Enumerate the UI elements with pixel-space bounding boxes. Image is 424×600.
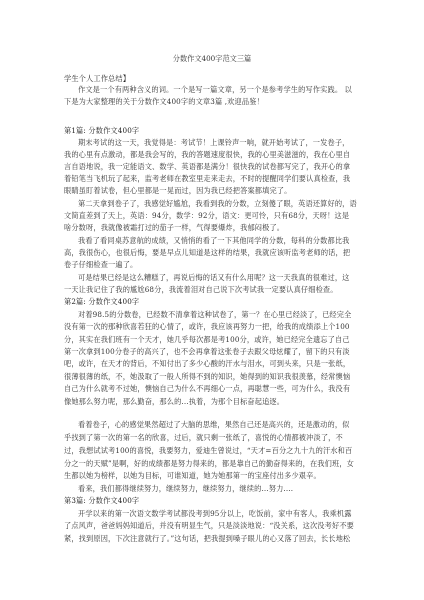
- paragraph-line: 着铅笔当飞机玩了起来，监考老师在教室里走来走去，不时的提醒同学们要认真检查，我: [64, 174, 350, 183]
- paragraph-line: 看着卷子，心的感觉果然超过了大脑的思维，果然自己还是高兴的，还是激动的，似: [78, 420, 350, 429]
- section-heading-3: 第3篇: 分数作文400字: [64, 496, 139, 505]
- paragraph-line: 自己为什么就考不过她，懊恼自己为什么不再细心一点，再聪慧一些，可为什么，我没有: [64, 384, 350, 393]
- paragraph-line: 言自语地说，我一定能语文、数学、英语都是满分！很快我的试卷都写完了，我开心的拿: [64, 162, 350, 171]
- paragraph-line: 紧，找到原因，下次注意就行了。”这句话，把我提到嗓子眼儿的心又落了回去，长长地松: [64, 534, 350, 543]
- paragraph-line: 没有第一次的那种欣喜若狂的心情了，或许，我应该再努力一把，给我的成绩添上个100: [64, 322, 350, 331]
- section-heading-2: 第2篇: 分数作文400字: [64, 297, 139, 306]
- paragraph-line: 分，其实在我们班有一个天才，她几乎每次都是考100分，或许，她已经完全遗忘了自己: [64, 335, 350, 344]
- paragraph-line: 开学以来的第一次语文数学考试都没考到95分以上，吃饭前，家中有客人，我乘机露: [78, 509, 352, 518]
- paragraph-line: 对着98.5的分数卷，已经数不清拿着这种试卷了，第一？在心里已经淡了，已经完全: [78, 310, 351, 319]
- paragraph-line: 卷子仔细检查一遍了。: [64, 260, 137, 269]
- paragraph-line: 期末考试的这一天，我觉得是：考试节！上课铃声一响，就开始考试了，一发卷子，: [78, 138, 350, 147]
- paragraph-line: 第二天拿到卷子了，我感觉好尴尬，我看到我的分数，立刻傻了眼，英语还算好的，语: [78, 199, 357, 208]
- paragraph-line: 分之一的天赋”是啊，好的成绩都是努力得来的，都是靠自己的勤奋得来的，在我们班，女: [64, 459, 354, 468]
- paragraph-line: 看来，我们都得继续努力，继续努力，继续努力，继续的...努力....: [78, 484, 293, 493]
- paragraph-line: 过，我想试试考100的喜悦，我要努力，爱迪生曾说过，“天才=百分之九十九的汗水和…: [64, 446, 352, 455]
- paragraph-line: 可是结果已经是这么糟糕了，再说后悔的话又有什么用呢？这一天我真的很难过，这: [78, 273, 350, 282]
- paragraph-line: 了点风声，爸爸妈妈知道后，并没有明显生气，只是淡淡地说：“没关系，这次没考好不要: [64, 521, 354, 530]
- document-title: 分数作文400字范文三篇: [64, 54, 360, 63]
- paragraph-line: 一天让我记住了我的尴尬68分，我流着泪对自己说下次考试我一定要认真仔细检查。: [64, 285, 338, 294]
- intro-line: 作文是一个有两种含义的词。一个是写一篇文章，另一个是参考学生的写作实践。 以: [78, 85, 352, 94]
- paragraph-line: 我的心里有点激动，都是我会写的，我的答题速度很快，我的心里美滋滋的，我在心里自: [64, 150, 350, 159]
- paragraph-line: 像她那么努力呢，那么勤奋，那么的...执着，为那个目标奋起追逐。: [64, 397, 284, 406]
- paragraph-line: 文简直差到了天上，英语：94分，数学：92分，语文：更可怜，只有68分，天呀！这…: [64, 211, 349, 220]
- intro-label: 学生个人工作总结】: [64, 74, 130, 83]
- paragraph-line: 高，我很伤心，也很后悔，要是早点儿知道是这样的结果，我就应该听监考老师的话，把: [64, 248, 350, 257]
- intro-line: 下是为大家整理的关于分数作文400字的文章3篇 ,欢迎品鉴！: [64, 97, 264, 106]
- paragraph-line: 乎找到了第一次的第一名的欣喜，过后，就只剩一张纸了，喜悦的心情都被冲淡了，不: [64, 433, 343, 442]
- paragraph-line: 我看了看同桌苏意航的成绩，又悄悄的看了一下其他同学的分数，每科的分数都比我: [78, 236, 350, 245]
- paragraph-line: 生都以她为榜样，以她为目标，可谁知道，她为她那第一的宝座付出多少艰辛。: [64, 471, 321, 480]
- section-heading-1: 第1篇: 分数作文400字: [64, 126, 139, 135]
- paragraph-line: 啥分数呀，我就像被霜打过的茄子一样，气得要爆炸，我郁闷极了。: [64, 223, 284, 232]
- paragraph-line: 吧，或许，在天才的背后，不知付出了多少心酸的汗水与泪水，可到头来，只是一张纸，: [64, 359, 350, 368]
- paragraph-line: 第一次拿到100分卷子的高兴了，也不会再拿着这张卷子去跟父母炫耀了，留下的只有淡: [64, 347, 350, 356]
- paragraph-line: 很薄很薄的纸，不，她汲取了一般人所得不到的知识，她得到的知识我很羡慕，经常懊恼: [64, 372, 350, 381]
- paragraph-line: 眼睛虽盯着试卷，但心里都是一晃而过，因为我已经把答案都填完了。: [64, 186, 291, 195]
